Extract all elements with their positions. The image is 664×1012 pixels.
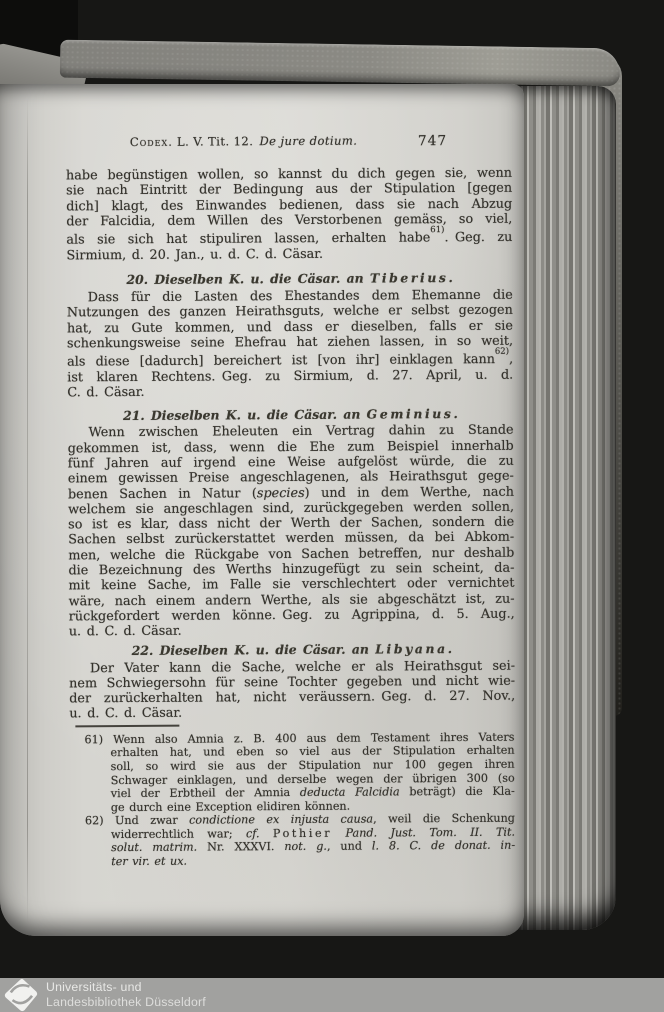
paragraph-19-continuation: habe begünstigen wollen, so kannst du di… <box>66 166 513 264</box>
text-line: ist klaren Rechtens. Geg. zu Sirmium, d.… <box>67 367 513 385</box>
page-crease <box>27 98 28 924</box>
text-line: C. d. Cäsar. <box>67 383 513 401</box>
scanned-book-photo: Codex. L. V. Tit. 12. De jure dotium. 74… <box>0 0 664 1012</box>
text-block: Codex. L. V. Tit. 12. De jure dotium. 74… <box>66 133 516 869</box>
footnote-62: 62) Und zwar condictione ex injusta caus… <box>85 812 515 869</box>
running-title: Codex. L. V. Tit. 12. De jure dotium. <box>130 134 358 149</box>
text-line: solut. matrim. Nr. XXXVI. not. g., und l… <box>85 839 515 855</box>
text-line: Sirmium, d. 20. Jan., u. d. C. d. Cäsar. <box>66 245 512 263</box>
library-name-line1: Universitäts- und <box>46 980 206 995</box>
page-header: Codex. L. V. Tit. 12. De jure dotium. 74… <box>66 133 512 152</box>
library-name-line2: Landesbibliothek Düsseldorf <box>46 995 206 1010</box>
footnote-separator-rule <box>75 724 179 727</box>
book-page-stack-edge <box>516 86 616 930</box>
paragraph-20: Dass für die Lasten des Ehestandes dem E… <box>67 288 514 401</box>
text-line: ter vir. et ux. <box>85 853 515 869</box>
book-cover-top-edge <box>60 40 621 87</box>
page-number: 747 <box>418 133 447 149</box>
ulb-duesseldorf-logo-icon <box>4 978 38 1012</box>
section-heading-21: 21. Dieselben K. u. die Cäsar. an Gemini… <box>67 406 513 425</box>
text-line: als sie sich hat stipuliren lassen, erha… <box>66 227 512 248</box>
paragraph-22: Der Vater kann die Sache, welche er als … <box>69 658 515 722</box>
library-watermark-bar: Universitäts- und Landesbibliothek Düsse… <box>0 978 664 1012</box>
library-name: Universitäts- und Landesbibliothek Düsse… <box>46 980 206 1010</box>
text-line: u. d. C. d. Cäsar. <box>69 704 515 722</box>
book-page: Codex. L. V. Tit. 12. De jure dotium. 74… <box>0 84 524 936</box>
footnote-61: 61) Wenn also Amnia z. B. 400 aus dem Te… <box>84 730 514 814</box>
text-line: viel der Erbtheil der Amnia deducta Falc… <box>85 785 515 801</box>
text-line: u. d. C. d. Cäsar. <box>69 622 515 640</box>
text-line: als diese [dadurch] bereichert ist [von … <box>67 349 513 370</box>
paragraph-21: Wenn zwischen Eheleuten ein Vertrag dahi… <box>68 423 515 640</box>
section-heading-22: 22. Dieselben K. u. die Cäsar. an Libyan… <box>69 640 515 659</box>
text-line: rückgefordert werden könne. Geg. zu Agri… <box>69 607 515 625</box>
section-heading-20: 20. Dieselben K. u. die Cäsar. an Tiberi… <box>67 270 513 289</box>
